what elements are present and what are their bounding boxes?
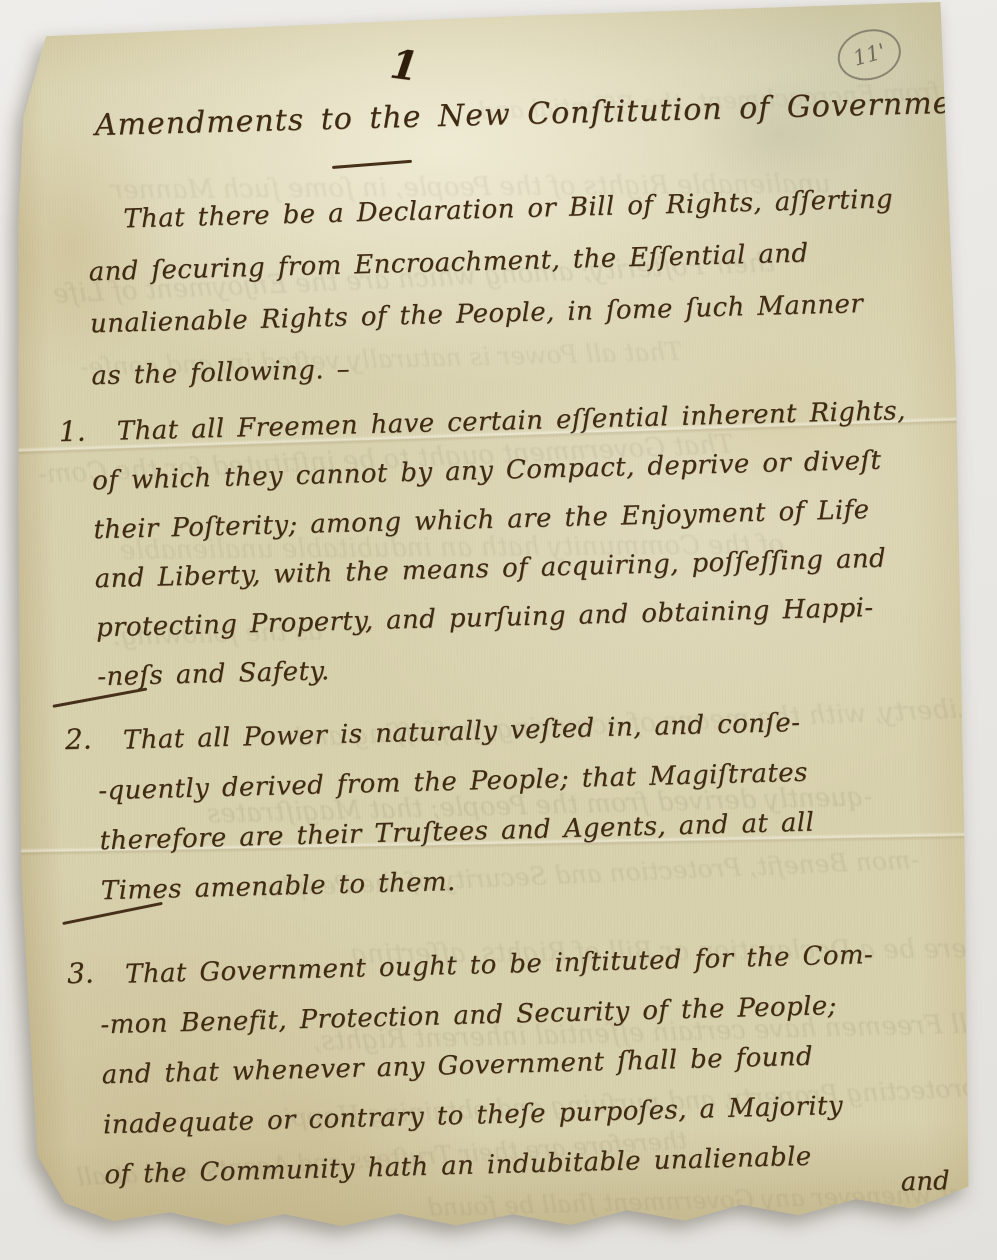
article-1: 1. That all Freemen have certain eſſenti…	[54, 387, 912, 703]
title-underline-rule	[332, 160, 412, 169]
catchword: and	[900, 1166, 950, 1197]
document-photo: unalienable Rights of the People, in ſom…	[0, 0, 997, 1260]
page-number: 1	[387, 40, 421, 90]
folio-mark: 11'	[832, 22, 907, 87]
manuscript-page: unalienable Rights of the People, in ſom…	[0, 2, 980, 1241]
article-number: 1.	[58, 414, 86, 448]
article-3: 3. That Government ought to be inſtitute…	[62, 930, 878, 1201]
paper-shadow: unalienable Rights of the People, in ſom…	[12, 14, 964, 1228]
article-number: 3.	[67, 956, 95, 990]
article-number: 2.	[65, 722, 93, 756]
document-title: Amendments to the New Conſtitution of Go…	[94, 85, 995, 144]
preamble-paragraph: That there be a Declaration or Bill of R…	[87, 173, 898, 402]
article-2: 2. That all Power is naturally veſted in…	[60, 698, 816, 918]
